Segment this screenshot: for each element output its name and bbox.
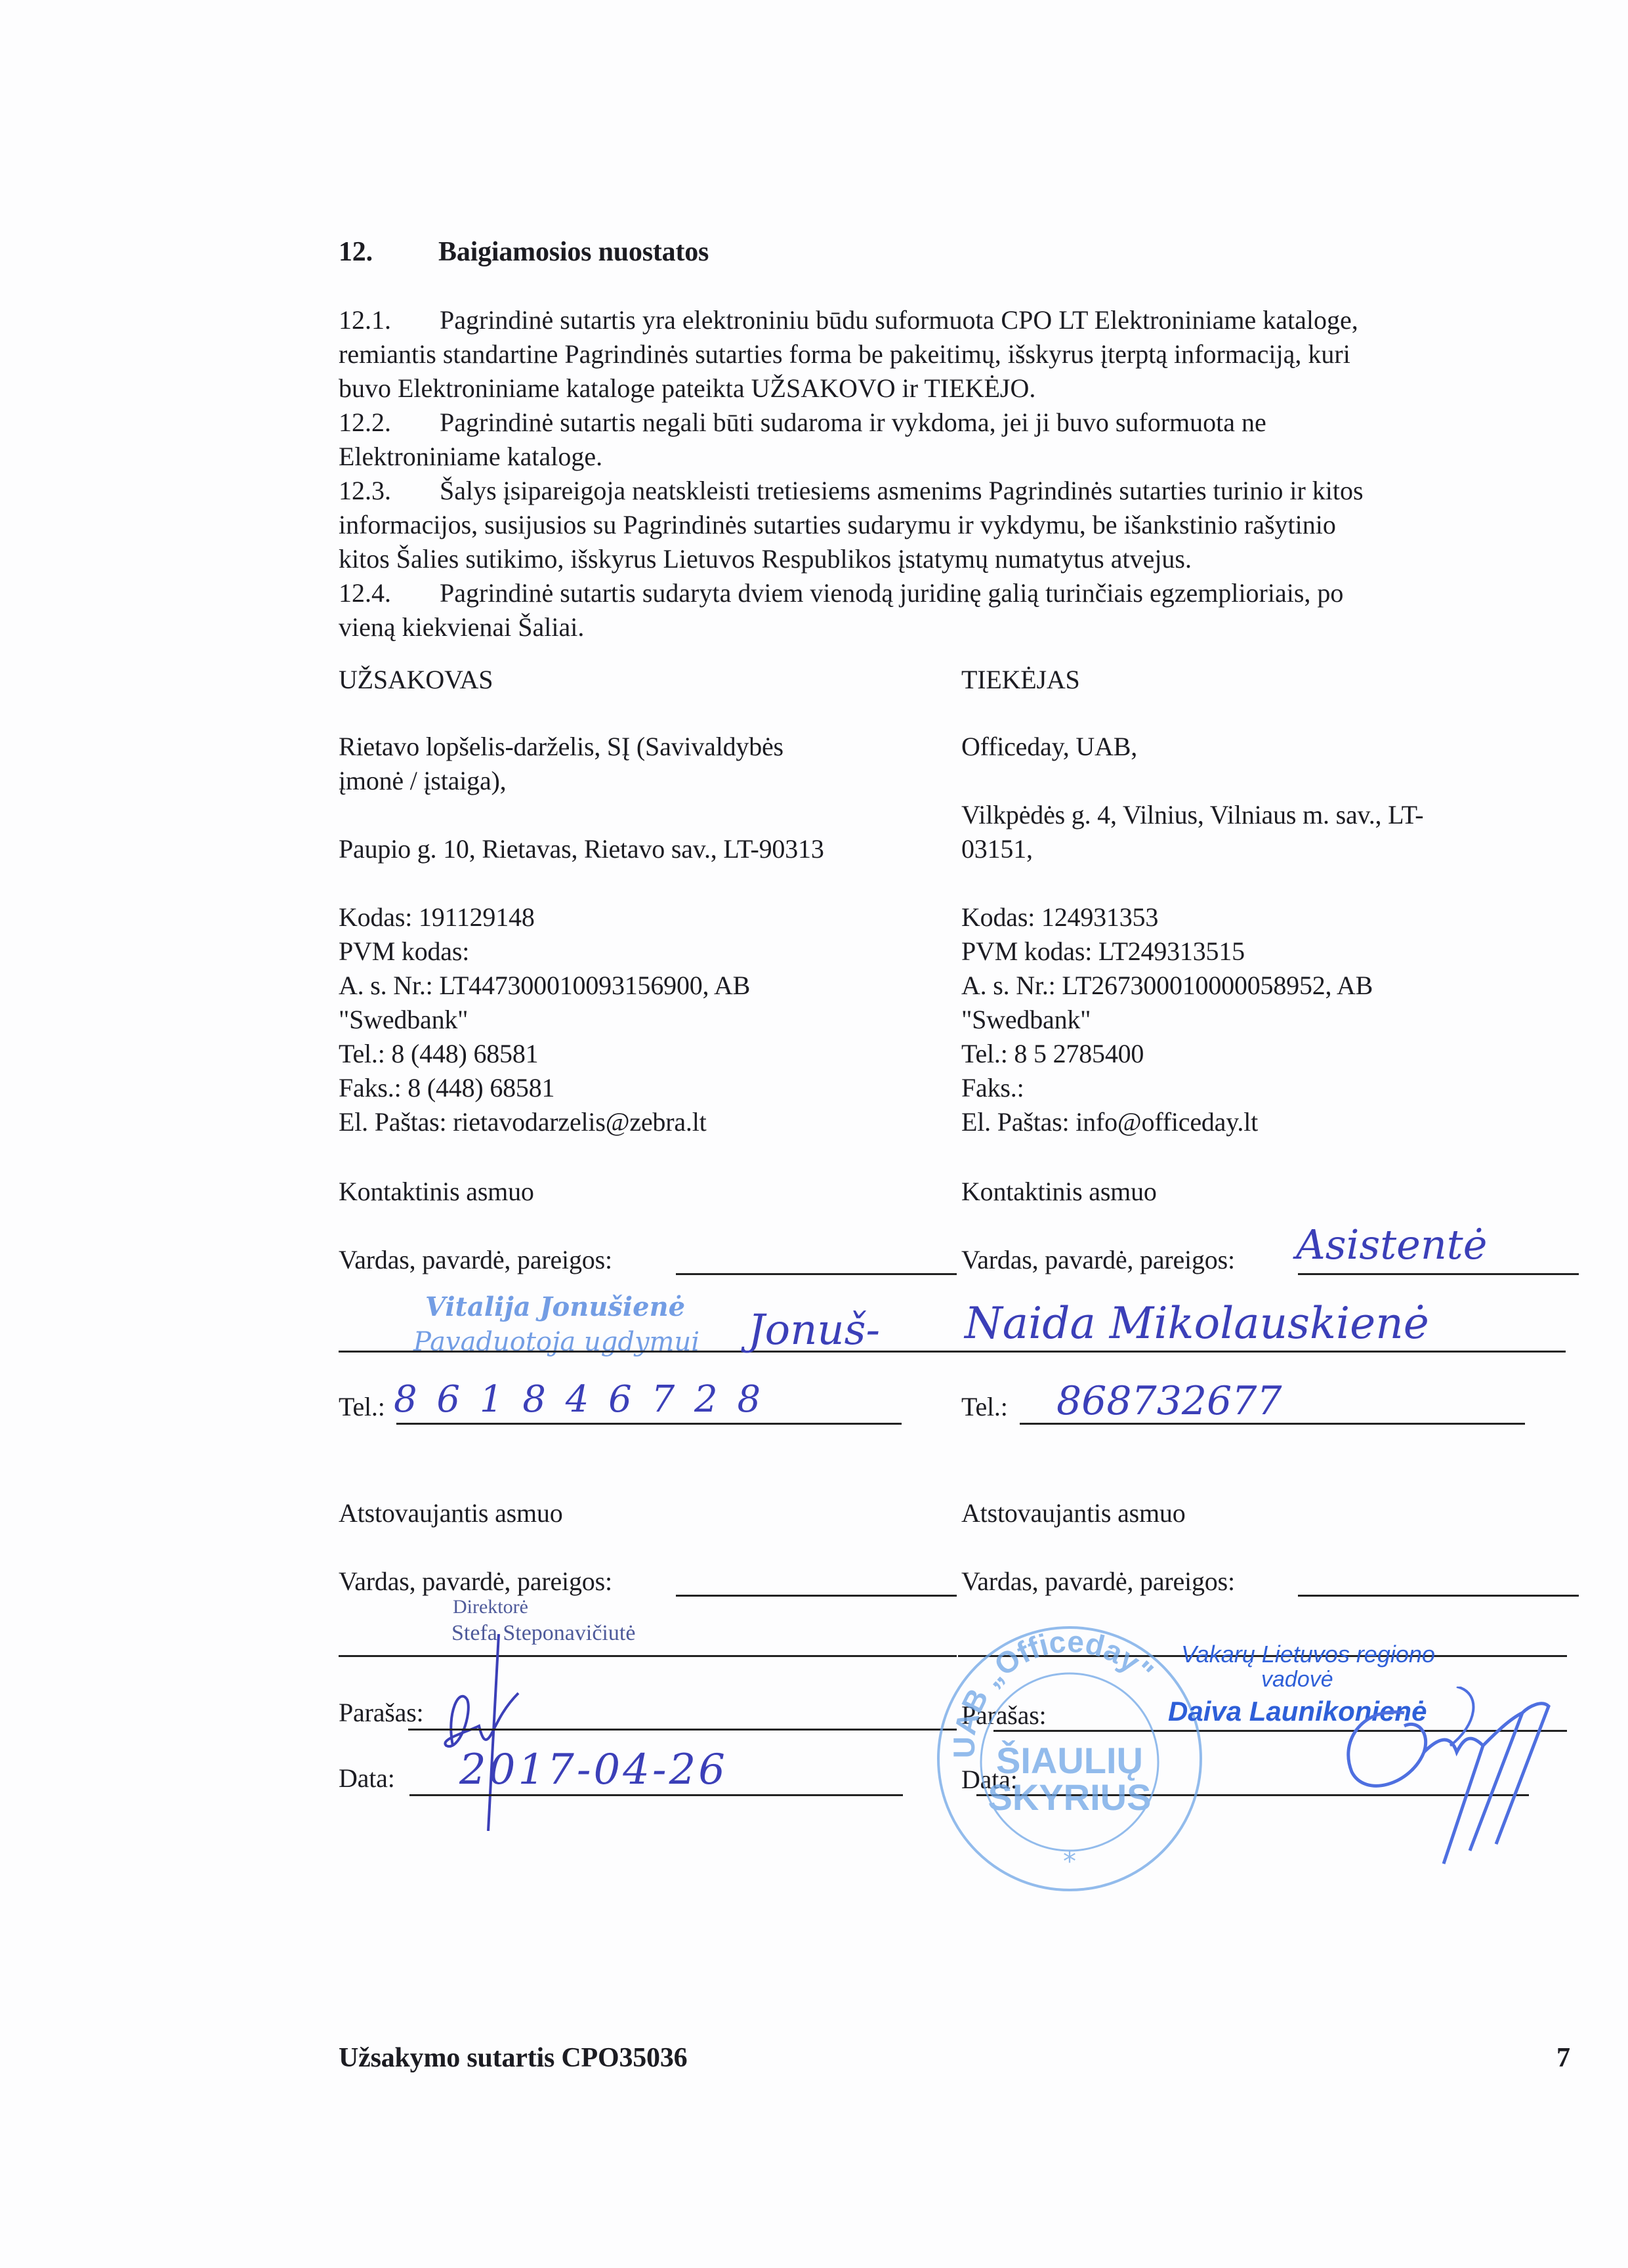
section-number: 12. <box>339 235 373 269</box>
svg-text:*: * <box>1063 1847 1076 1877</box>
supplier-address: Vilkpėdės g. 4, Vilnius, Vilniaus m. sav… <box>961 798 1423 866</box>
customer-rep-date-line[interactable] <box>409 1794 903 1796</box>
customer-contact-stamp-title: Pavaduotoja ugdymui <box>413 1327 699 1357</box>
customer-role: UŽSAKOVAS <box>339 663 493 697</box>
customer-vat-code: PVM kodas: <box>339 934 750 969</box>
customer-code: Kodas: 191129148 <box>339 900 750 934</box>
customer-fax: Faks.: 8 (448) 68581 <box>339 1071 750 1105</box>
page-number: 7 <box>1556 2041 1570 2075</box>
customer-contact-signature: Jonuš- <box>748 1306 880 1354</box>
section-title: Baigiamosios nuostatos <box>438 235 709 269</box>
supplier-rep-stamp-line2: vadovė <box>1261 1667 1333 1692</box>
supplier-rep-heading: Atstovaujantis asmuo <box>961 1496 1186 1530</box>
customer-rep-name-line[interactable] <box>676 1595 957 1597</box>
company-seal-icon: UAB „Officeday" ŠIAULIŲ SKYRIUS * <box>932 1621 1207 1897</box>
clause-number: 12.2. <box>339 406 440 440</box>
supplier-role: TIEKĖJAS <box>961 663 1080 697</box>
customer-name: Rietavo lopšelis-darželis, SĮ (Savivaldy… <box>339 730 783 798</box>
customer-contact-heading: Kontaktinis asmuo <box>339 1175 534 1209</box>
customer-contact-phone-handwritten: 8 6 1 8 4 6 7 2 8 <box>394 1378 764 1421</box>
clause-12-3: 12.3.Šalys įsipareigoja neatskleisti tre… <box>339 474 1579 576</box>
supplier-account: A. s. Nr.: LT267300010000058952, AB <box>961 969 1373 1003</box>
customer-contact-name-line[interactable] <box>676 1273 957 1275</box>
customer-email: El. Paštas: rietavodarzelis@zebra.lt <box>339 1105 750 1139</box>
supplier-rep-signature-icon <box>1325 1687 1562 1870</box>
supplier-email: El. Paštas: info@officeday.lt <box>961 1105 1373 1139</box>
customer-details: Kodas: 191129148 PVM kodas: A. s. Nr.: L… <box>339 900 750 1139</box>
customer-rep-heading: Atstovaujantis asmuo <box>339 1496 563 1530</box>
supplier-contact-phone-handwritten: 868732677 <box>1056 1378 1282 1424</box>
customer-address: Paupio g. 10, Rietavas, Rietavo sav., LT… <box>339 832 824 866</box>
supplier-vat-code: PVM kodas: LT249313515 <box>961 934 1373 969</box>
svg-text:UAB „Officeday": UAB „Officeday" <box>947 1624 1160 1759</box>
supplier-details: Kodas: 124931353 PVM kodas: LT249313515 … <box>961 900 1373 1139</box>
supplier-contact-line-2[interactable] <box>949 1351 1566 1353</box>
clause-number: 12.4. <box>339 576 440 610</box>
supplier-rep-stamp-line1: Vakarų Lietuvos regiono <box>1181 1641 1435 1668</box>
customer-rep-stamp-title: Direktorė <box>453 1596 528 1618</box>
clause-12-4: 12.4.Pagrindinė sutartis sudaryta dviem … <box>339 576 1579 644</box>
footer-title: Užsakymo sutartis CPO35036 <box>339 2041 687 2075</box>
supplier-fax: Faks.: <box>961 1071 1373 1105</box>
customer-account: A. s. Nr.: LT447300010093156900, AB <box>339 969 750 1003</box>
supplier-contact-name-handwritten: Naida Mikolauskienė <box>965 1298 1429 1349</box>
customer-rep-signature-icon <box>420 1634 551 1831</box>
customer-rep-signature-line[interactable] <box>408 1729 957 1731</box>
customer-rep-name-label: Vardas, pavardė, pareigos: <box>339 1564 612 1599</box>
supplier-phone: Tel.: 8 5 2785400 <box>961 1037 1373 1071</box>
supplier-contact-heading: Kontaktinis asmuo <box>961 1175 1157 1209</box>
supplier-code: Kodas: 124931353 <box>961 900 1373 934</box>
supplier-contact-phone-line[interactable] <box>1020 1423 1525 1425</box>
svg-text:SKYRIUS: SKYRIUS <box>988 1776 1152 1818</box>
svg-text:ŠIAULIŲ: ŠIAULIŲ <box>996 1740 1143 1781</box>
supplier-rep-name-label: Vardas, pavardė, pareigos: <box>961 1564 1235 1599</box>
customer-contact-name-label: Vardas, pavardė, pareigos: <box>339 1243 612 1277</box>
supplier-contact-phone-label: Tel.: <box>961 1390 1008 1424</box>
customer-rep-signature-label: Parašas: <box>339 1696 423 1730</box>
supplier-contact-name-line[interactable] <box>1298 1273 1579 1275</box>
supplier-contact-position-handwritten: Asistentė <box>1296 1221 1487 1269</box>
customer-rep-date-handwritten: 2017-04-26 <box>459 1746 728 1794</box>
supplier-contact-name-label: Vardas, pavardė, pareigos: <box>961 1243 1235 1277</box>
supplier-name: Officeday, UAB, <box>961 730 1137 764</box>
clause-12-2: 12.2.Pagrindinė sutartis negali būti sud… <box>339 406 1579 474</box>
clause-number: 12.1. <box>339 303 440 337</box>
clause-12-1: 12.1.Pagrindinė sutartis yra elektronini… <box>339 303 1579 406</box>
customer-phone: Tel.: 8 (448) 68581 <box>339 1037 750 1071</box>
customer-rep-date-label: Data: <box>339 1761 395 1795</box>
customer-contact-phone-label: Tel.: <box>339 1390 385 1424</box>
customer-contact-phone-line[interactable] <box>396 1423 902 1425</box>
supplier-rep-name-line[interactable] <box>1298 1595 1579 1597</box>
clause-number: 12.3. <box>339 474 440 508</box>
customer-contact-stamp-name: Vitalija Jonušienė <box>425 1291 685 1322</box>
